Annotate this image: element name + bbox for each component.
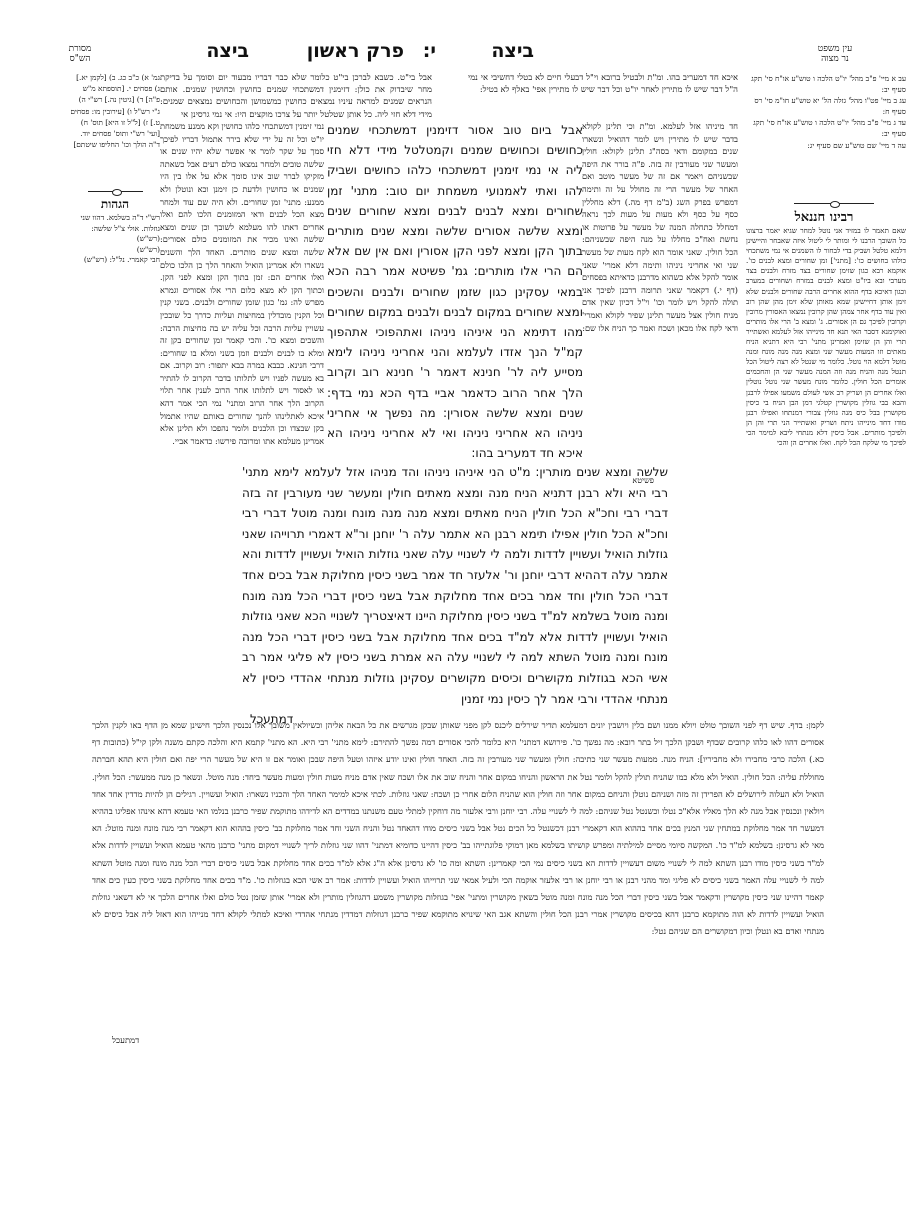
mesoret-hashas-label: מסורת הש"ס — [50, 44, 110, 64]
gemara-text: אבל ביום טוב אסור דזימנין דמשתכחי שמנים … — [327, 123, 583, 460]
tosafot-top-block: אבל בי"ט. כשבא לברכן בי"ט כלומר שלא כבר … — [160, 71, 432, 121]
ein-mishpat-entry: עה ד מיי' שם טוש"ע שם סעיף יג: — [746, 141, 906, 152]
hagahot-notes: רש"י ד"ה בשלמא. דהוו שני גוזלות. אולי צ"… — [70, 213, 160, 266]
masechet-title-left: ביצה — [206, 40, 249, 62]
ornament-divider — [88, 191, 143, 192]
tosafot-side-text: נמי זימנין דמשתכחי כלהו כחושין וקא ממנע … — [160, 121, 324, 446]
ein-mishpat-entry: עב א מיי' פ"ב מהל' יו"ט הלכה ו טוש"ע או"… — [746, 74, 906, 95]
gemara-wide-text: שלשה ומצא שנים מותרין: מ"ט הני איניהו ני… — [242, 462, 668, 712]
ein-mishpat-entry: עג ב מיי' פט"ו מהל' גזלה הל' יא טוש"ע חו… — [746, 96, 906, 117]
daf-number: י: — [423, 40, 436, 62]
hagahot-entry: (רש"ש) — [70, 245, 160, 256]
rashi-top-block: איכא חד דמעריב בהו. ומ"ת ולבטיל ברובא וי… — [468, 71, 738, 121]
ein-mishpat-entry: עד ג מיי' פ"ב מהל' יו"ט הלכה ו טוש"ע או"… — [746, 118, 906, 139]
gemara-wide-body: שלשה ומצא שנים מותרין: מ"ט הני איניהו ני… — [242, 465, 668, 706]
rashi-side-column: חד מיניהו אזל לעלמא. ומ"ת וכי תלינן לקול… — [582, 120, 738, 470]
rabenu-chananel-text: שאם תאמר לו במזיד אני נוטל למחר שגיא יאמ… — [746, 226, 906, 736]
ein-mishpat-column: עב א מיי' פ"ב מהל' יו"ט הלכה ו טוש"ע או"… — [746, 74, 906, 152]
bottom-commentary-text: לקמן: בדף. שיש דף לפני השובך טולט ויולא … — [92, 720, 824, 936]
ornament-divider — [794, 203, 874, 204]
masechet-title-right: ביצה — [491, 40, 534, 62]
hagahot-entry: חבי קאמרי. נל"ל: (רש"ש) — [70, 255, 160, 266]
tosafot-top-text: אבל בי"ט. כשבא לברכן בי"ט כלומר שלא כבר … — [160, 72, 432, 119]
page-catchword: דמתעכל — [112, 1035, 139, 1046]
bottom-commentary: לקמן: בדף. שיש דף לפני השובך טולט ויולא … — [92, 717, 824, 1032]
rabenu-chananel-title: רבינו חננאל — [764, 209, 884, 225]
rashi-top-text: איכא חד דמעריב בהו. ומ"ת ולבטיל ברובא וי… — [468, 72, 738, 94]
mesoret-hashas-notes: גמ' א) כ"ב כג. ב) [לקמן יא.] ג) פסחים י.… — [70, 72, 160, 150]
perek-title: פרק ראשון — [307, 40, 404, 62]
gemara-main-text: אבל ביום טוב אסור דזימנין דמשתכחי שמנים … — [327, 120, 583, 463]
page-header: עין משפט נר מצוה י: ביצה פרק ראשון ביצה … — [0, 38, 914, 60]
hagahot-title: הגהות — [70, 197, 160, 212]
hagahot-entry: רש"י ד"ה בשלמא. דהוו שני גוזלות. אולי צ"… — [70, 213, 160, 245]
ein-mishpat-label: עין משפט נר מצוה — [800, 44, 870, 64]
rashi-side-text: חד מיניהו אזל לעלמא. ומ"ת וכי תלינן לקול… — [582, 121, 738, 333]
